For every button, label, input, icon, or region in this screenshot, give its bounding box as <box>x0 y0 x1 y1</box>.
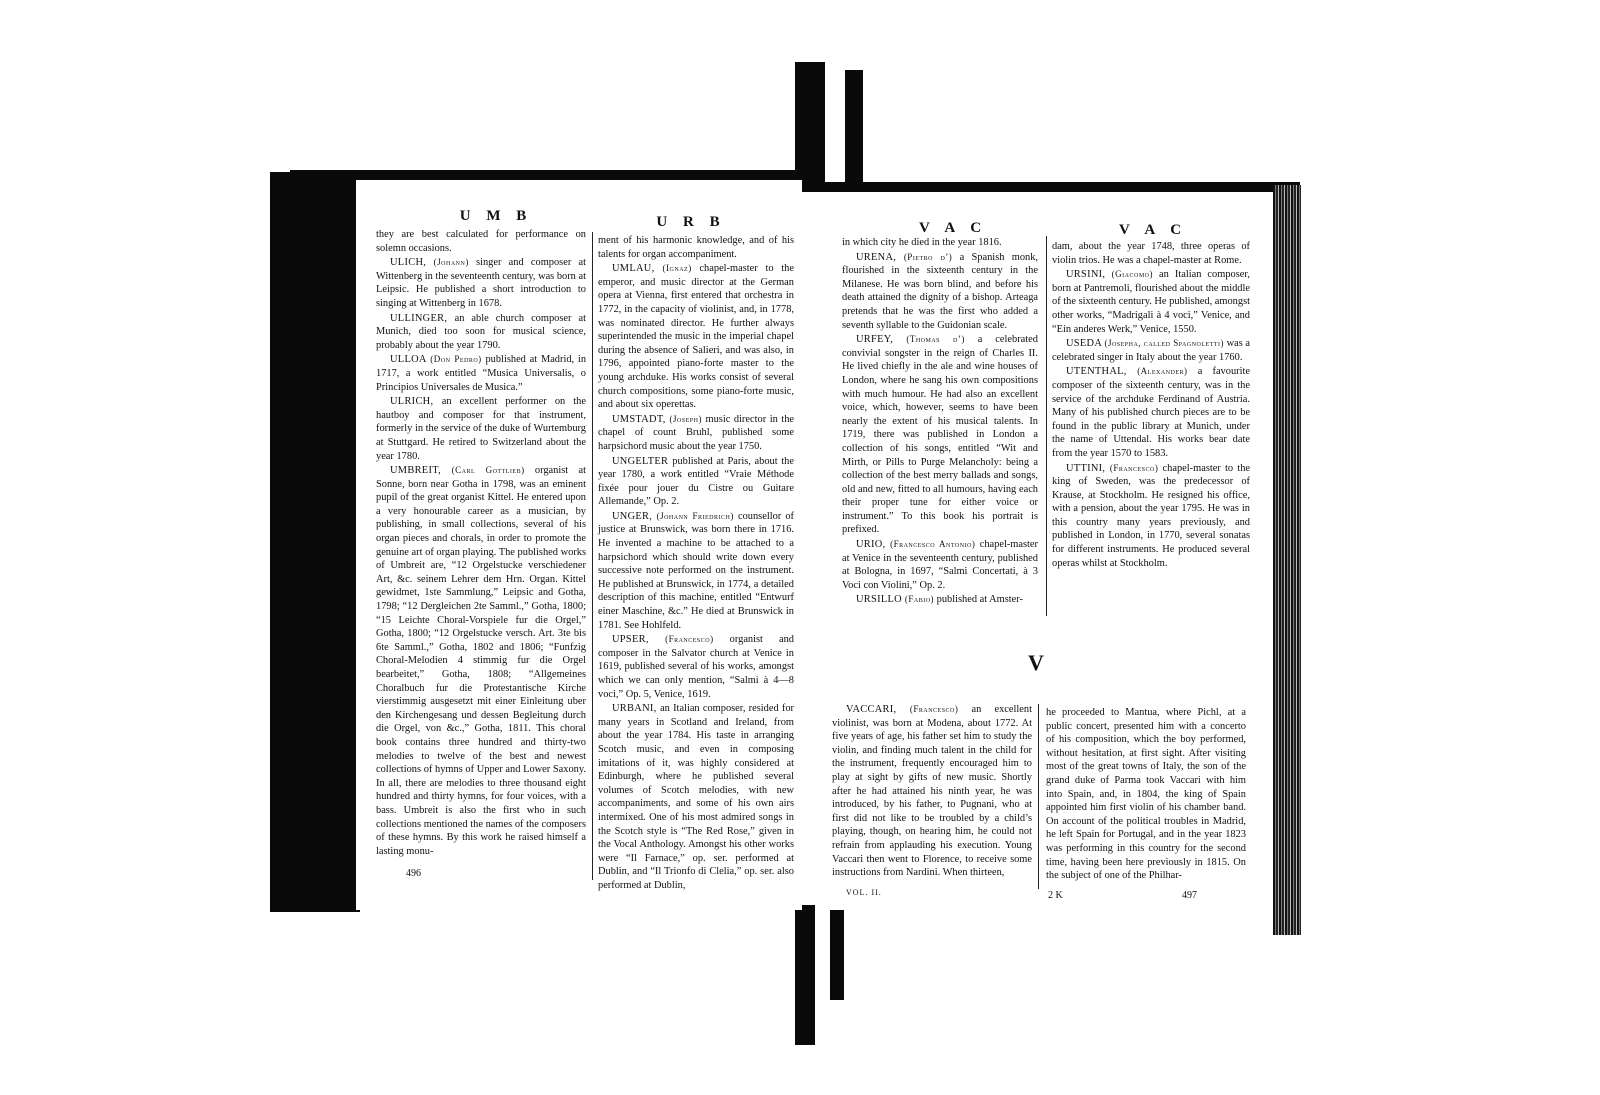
continued-text: he proceeded to Mantua, where Pichl, at … <box>1046 706 1246 883</box>
entry-headword: VACCARI, <box>846 704 910 715</box>
left-column-2: ment of his harmonic knowledge, and of h… <box>598 234 794 893</box>
entry-text: organist at Sonne, born near Gotha in 17… <box>376 465 586 857</box>
entry-given-name: (Pietro d’) <box>904 252 952 262</box>
dictionary-entry: ULRICH, an excellent performer on the ha… <box>376 395 586 463</box>
entry-text: ment of his harmonic knowledge, and of h… <box>598 235 794 260</box>
entry-headword: UMBREIT, <box>390 465 452 476</box>
gutter-top-shadow <box>795 62 825 192</box>
entry-headword: URSILLO <box>856 594 905 605</box>
page-number-left: 496 <box>406 868 421 879</box>
dictionary-entry: URBANI, an Italian composer, resided for… <box>598 702 794 892</box>
dictionary-entry: ULLOA (Don Pedro) published at Madrid, i… <box>376 353 586 394</box>
gutter-bottom-shadow <box>795 905 815 1045</box>
entry-headword: USEDA <box>1066 338 1104 349</box>
right-page: V A C V A C in which city he died in the… <box>818 192 1273 910</box>
entry-text: dam, about the year 1748, three operas o… <box>1052 241 1250 266</box>
dictionary-entry: ULICH, (Johann) singer and composer at W… <box>376 256 586 310</box>
right-cover-top <box>820 182 1300 192</box>
column-rule <box>592 232 593 880</box>
dictionary-entry: URSINI, (Giacomo) an Italian composer, b… <box>1052 268 1250 336</box>
dictionary-entry: ULLINGER, an able church composer at Mun… <box>376 312 586 353</box>
left-cover-top <box>290 170 810 180</box>
entry-given-name: (Fabio) <box>905 594 934 604</box>
entry-headword: ULRICH, <box>390 396 442 407</box>
column-rule-top <box>1046 236 1047 616</box>
entry-headword: ULICH, <box>390 257 434 268</box>
dictionary-entry: URIO, (Francesco Antonio) chapel-master … <box>842 538 1038 592</box>
entry-text: an Italian composer, resided for many ye… <box>598 703 794 891</box>
column-rule-bottom <box>1038 704 1039 889</box>
entry-text: chapel-master to the king of Sweden, was… <box>1052 463 1250 569</box>
entry-given-name: (Joseph) <box>669 414 702 424</box>
dictionary-entry: UTTINI, (Francesco) chapel-master to the… <box>1052 462 1250 571</box>
dictionary-entry: URSILLO (Fabio) published at Amster- <box>842 593 1038 607</box>
entry-text: an excellent violinist, was born at Mode… <box>832 704 1032 878</box>
entry-headword: UTENTHAL, <box>1066 366 1137 377</box>
entry-given-name: (Carl Gottlieb) <box>452 465 525 475</box>
entry-given-name: (Ignaz) <box>663 263 692 273</box>
continued-text: dam, about the year 1748, three operas o… <box>1052 240 1250 267</box>
dictionary-entry: UPSER, (Francesco) organist and composer… <box>598 633 794 701</box>
entry-headword: UPSER, <box>612 634 665 645</box>
entry-headword: UMLAU, <box>612 263 663 274</box>
entry-given-name: (Francesco) <box>1110 463 1159 473</box>
signature-mark: 2 K <box>1048 890 1063 901</box>
entry-text: he proceeded to Mantua, where Pichl, at … <box>1046 707 1246 881</box>
entry-given-name: (Giacomo) <box>1112 269 1153 279</box>
dictionary-entry: URENA, (Pietro d’) a Spanish monk, flour… <box>842 251 1038 333</box>
entry-headword: URBANI, <box>612 703 660 714</box>
entry-text: chapel-master to the emperor, and music … <box>598 263 794 410</box>
entry-given-name: (Thomas d’) <box>906 334 965 344</box>
entry-text: published at Amster- <box>934 594 1023 605</box>
entry-given-name: (Francesco) <box>910 704 959 714</box>
left-column-1: they are best calculated for performance… <box>376 228 586 858</box>
dictionary-entry: VACCARI, (Francesco) an excellent violin… <box>832 703 1032 880</box>
gutter-top-shadow-2 <box>845 70 863 190</box>
right-column-3: VACCARI, (Francesco) an excellent violin… <box>832 702 1032 880</box>
continued-text: ment of his harmonic knowledge, and of h… <box>598 234 794 261</box>
entry-given-name: (Johann) <box>434 257 469 267</box>
continued-text: they are best calculated for performance… <box>376 228 586 255</box>
dictionary-entry: USEDA (Josepha, called Spagnoletti) was … <box>1052 337 1250 364</box>
entry-headword: UMSTADT, <box>612 414 669 425</box>
entry-headword: URFEY, <box>856 334 906 345</box>
entry-given-name: (Francesco Antonio) <box>890 539 975 549</box>
page-number-right: 497 <box>1182 890 1197 901</box>
entry-headword: URIO, <box>856 539 890 550</box>
entry-headword: URSINI, <box>1066 269 1112 280</box>
running-head-right-2: V A C <box>1108 222 1198 239</box>
entry-text: a Spanish monk, flourished in the sixtee… <box>842 252 1038 331</box>
entry-given-name: (Francesco) <box>665 634 714 644</box>
entry-given-name: (Don Pedro) <box>430 354 481 364</box>
entry-headword: ULLOA <box>390 354 430 365</box>
gutter-bottom-shadow-2 <box>830 905 844 1000</box>
running-head-left-1: U M B <box>451 208 541 225</box>
volume-mark: VOL. II. <box>846 888 882 897</box>
dictionary-entry: UMBREIT, (Carl Gottlieb) organist at Son… <box>376 464 586 858</box>
running-head-right-1: V A C <box>908 220 998 237</box>
right-column-1: in which city he died in the year 1816.U… <box>842 236 1038 607</box>
section-letter: V <box>1028 650 1044 676</box>
entry-headword: URENA, <box>856 252 904 263</box>
right-column-4: he proceeded to Mantua, where Pichl, at … <box>1046 706 1246 883</box>
entry-headword: ULLINGER, <box>390 313 455 324</box>
dictionary-entry: UTENTHAL, (Alexander) a favourite compos… <box>1052 365 1250 460</box>
entry-text: they are best calculated for performance… <box>376 229 586 254</box>
dictionary-entry: UMLAU, (Ignaz) chapel-master to the empe… <box>598 262 794 412</box>
entry-text: counsellor of justice at Brunswick, was … <box>598 511 794 631</box>
entry-text: in which city he died in the year 1816. <box>842 237 1002 248</box>
entry-text: a favourite composer of the sixteenth ce… <box>1052 366 1250 459</box>
left-page: U M B U R B they are best calculated for… <box>356 180 802 910</box>
dictionary-entry: UNGELTER published at Paris, about the y… <box>598 455 794 509</box>
entry-headword: UNGER, <box>612 511 657 522</box>
running-head-left-2: U R B <box>646 214 736 231</box>
entry-given-name: (Johann Friedrich) <box>657 511 734 521</box>
dictionary-entry: UMSTADT, (Joseph) music director in the … <box>598 413 794 454</box>
left-cover-edge <box>270 172 360 912</box>
entry-given-name: (Alexander) <box>1137 366 1187 376</box>
entry-headword: UNGELTER <box>612 456 672 467</box>
entry-headword: UTTINI, <box>1066 463 1110 474</box>
entry-given-name: (Josepha, called Spagnoletti) <box>1104 338 1224 348</box>
right-column-2: dam, about the year 1748, three operas o… <box>1052 240 1250 570</box>
dictionary-entry: URFEY, (Thomas d’) a celebrated convivia… <box>842 333 1038 537</box>
dictionary-entry: UNGER, (Johann Friedrich) counsellor of … <box>598 510 794 632</box>
entry-text: a celebrated convivial songster in the r… <box>842 334 1038 535</box>
right-page-edges <box>1273 185 1301 935</box>
continued-text: in which city he died in the year 1816. <box>842 236 1038 250</box>
